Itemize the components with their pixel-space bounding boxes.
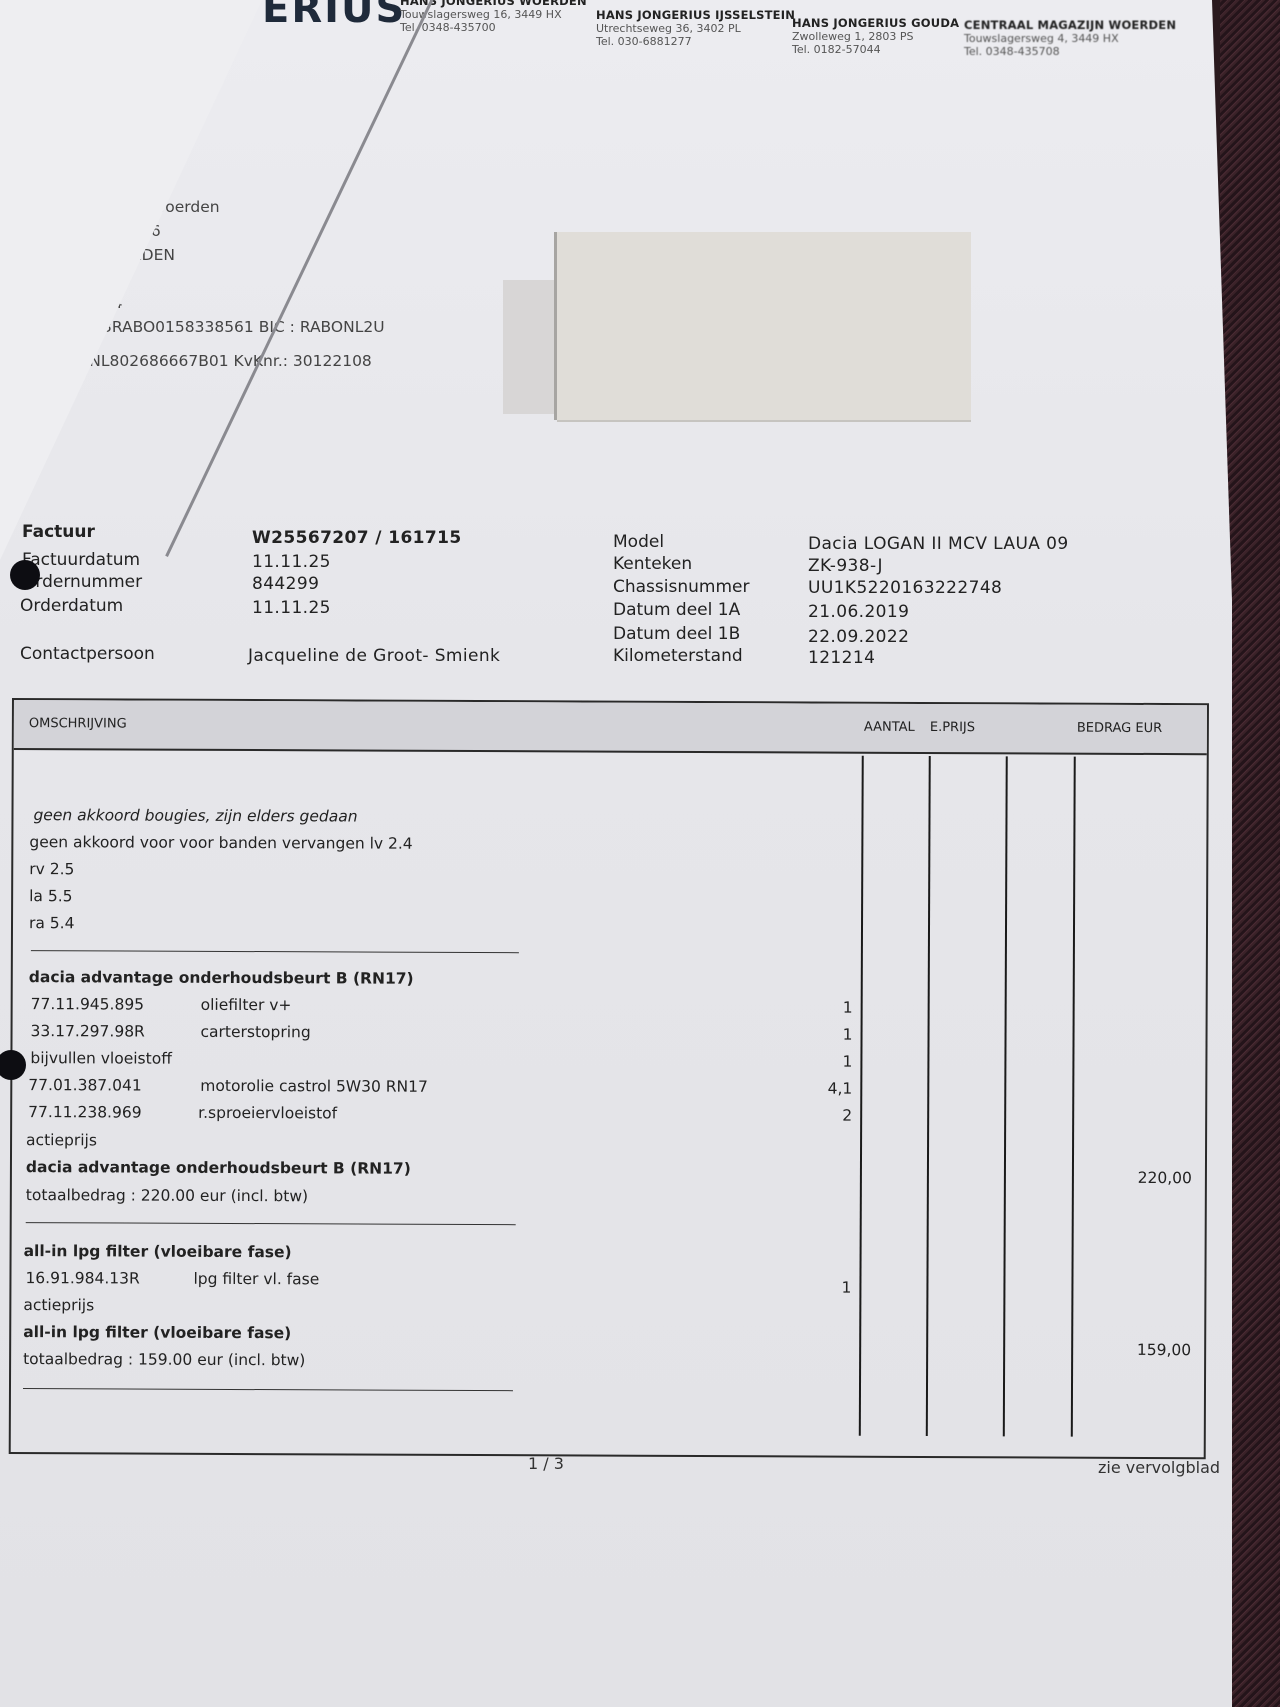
promo-label: actieprijs — [23, 1296, 94, 1314]
chassis-label: Chassisnummer — [613, 577, 749, 597]
column-divider — [1071, 757, 1076, 1437]
note-line: rv 2.5 — [29, 860, 74, 878]
contact-label: Contactpersoon — [20, 644, 155, 664]
promo-label: actieprijs — [26, 1131, 97, 1149]
mileage-label: Kilometerstand — [613, 646, 743, 666]
chassis-number: UU1K5220163222748 — [808, 578, 1002, 598]
group-summary-title: all-in lpg filter (vloeibare fase) — [23, 1323, 291, 1342]
col-description: OMSCHRIJVING — [29, 716, 127, 731]
group-amount: 159,00 — [1071, 1341, 1197, 1360]
col-quantity: AANTAL — [864, 720, 915, 735]
continued-note: zie vervolgblad — [1098, 1458, 1220, 1477]
invoice-number: W25567207 / 161715 — [252, 528, 462, 548]
model-label: Model — [613, 532, 664, 552]
item-quantity: 1 — [802, 1052, 852, 1070]
branch-phone: Tel. 0348-435708 — [964, 45, 1176, 58]
punch-hole — [10, 560, 40, 590]
invoice-date-label: Factuurdatum — [22, 550, 140, 570]
branch-central-warehouse: CENTRAAL MAGAZIJN WOERDEN Touwslagersweg… — [964, 18, 1176, 58]
col-amount: BEDRAG EUR — [1077, 721, 1162, 736]
item-quantity: 4,1 — [802, 1079, 852, 1097]
item-description: r.sproeiervloeistof — [198, 1104, 337, 1123]
redaction-sticker — [557, 232, 971, 420]
item-quantity: 1 — [803, 1025, 853, 1043]
invoice-date: 11.11.25 — [252, 552, 331, 572]
page-number: 1 / 3 — [528, 1454, 564, 1473]
item-code: 77.11.238.969 — [28, 1103, 141, 1121]
mileage: 121214 — [808, 648, 875, 668]
branch-gouda: HANS JONGERIUS GOUDA Zwolleweg 1, 2803 P… — [792, 16, 959, 56]
item-code: 77.11.945.895 — [31, 995, 144, 1013]
group-title: dacia advantage onderhoudsbeurt B (RN17) — [29, 968, 414, 988]
invoice-label: Factuur — [22, 522, 95, 542]
order-number: 844299 — [252, 574, 319, 594]
item-quantity: 1 — [803, 998, 853, 1016]
date-1a: 21.06.2019 — [808, 602, 909, 622]
item-code: bijvullen vloeistoff — [30, 1049, 172, 1068]
item-code: 33.17.297.98R — [31, 1022, 145, 1040]
license-plate-label: Kenteken — [613, 554, 692, 574]
order-date: 11.11.25 — [252, 598, 331, 618]
branch-phone: Tel. 030-6881277 — [596, 35, 795, 48]
section-separator — [31, 950, 519, 953]
group-total-text: totaalbedrag : 220.00 eur (incl. btw) — [26, 1186, 308, 1205]
branch-title: HANS JONGERIUS GOUDA — [792, 16, 959, 30]
column-divider — [926, 756, 931, 1436]
branch-address: Touwslagersweg 4, 3449 HX — [964, 32, 1176, 45]
company-logo: ERIUS — [262, 0, 406, 32]
item-description: oliefilter v+ — [201, 996, 292, 1014]
date-1b-label: Datum deel 1B — [613, 624, 740, 644]
folded-corner — [0, 0, 280, 560]
column-divider — [859, 756, 864, 1436]
license-plate: ZK-938-J — [808, 556, 883, 576]
order-number-label: Ordernummer — [22, 572, 142, 592]
group-summary-title: dacia advantage onderhoudsbeurt B (RN17) — [26, 1158, 411, 1178]
item-description: motorolie castrol 5W30 RN17 — [200, 1077, 428, 1096]
order-date-label: Orderdatum — [20, 596, 123, 616]
model-value: Dacia LOGAN II MCV LAUA 09 — [808, 534, 1069, 554]
item-quantity: 2 — [802, 1106, 852, 1124]
branch-address: Zwolleweg 1, 2803 PS — [792, 30, 959, 43]
item-description: carterstopring — [201, 1023, 311, 1041]
note-line: geen akkoord bougies, zijn elders gedaan — [33, 806, 357, 825]
col-unit-price: E.PRIJS — [930, 720, 975, 735]
item-code: 16.91.984.13R — [25, 1269, 139, 1287]
branch-title: CENTRAAL MAGAZIJN WOERDEN — [964, 18, 1176, 32]
date-1a-label: Datum deel 1A — [613, 600, 740, 620]
line-items-table: OMSCHRIJVING AANTAL E.PRIJS BEDRAG EUR g… — [9, 698, 1209, 1459]
branch-phone: Tel. 0182-57044 — [792, 43, 959, 56]
note-line: la 5.5 — [29, 887, 72, 905]
branch-ijsselstein: HANS JONGERIUS IJSSELSTEIN Utrechtseweg … — [596, 8, 795, 48]
tape-strip — [503, 280, 563, 414]
item-description: lpg filter vl. fase — [193, 1270, 319, 1289]
contact-person: Jacqueline de Groot- Smienk — [248, 646, 500, 666]
branch-phone: Tel. 0348-435700 — [400, 21, 587, 34]
note-line: geen akkoord voor voor banden vervangen … — [29, 833, 412, 853]
note-line: ra 5.4 — [29, 914, 75, 932]
section-separator — [26, 1222, 516, 1225]
item-code: 77.01.387.041 — [28, 1076, 141, 1094]
item-quantity: 1 — [801, 1278, 851, 1296]
column-divider — [1003, 756, 1008, 1436]
group-total-text: totaalbedrag : 159.00 eur (incl. btw) — [23, 1350, 305, 1369]
date-1b: 22.09.2022 — [808, 627, 909, 647]
invoice-page: ERIUS HANS JONGERIUS WOERDEN Touwslagers… — [0, 0, 1232, 1707]
branch-address: Utrechtseweg 36, 3402 PL — [596, 22, 795, 35]
group-amount: 220,00 — [1072, 1169, 1198, 1188]
group-title: all-in lpg filter (vloeibare fase) — [24, 1242, 292, 1261]
section-separator — [23, 1388, 513, 1391]
branch-title: HANS JONGERIUS IJSSELSTEIN — [596, 8, 795, 22]
table-header: OMSCHRIJVING AANTAL E.PRIJS BEDRAG EUR — [14, 700, 1207, 755]
